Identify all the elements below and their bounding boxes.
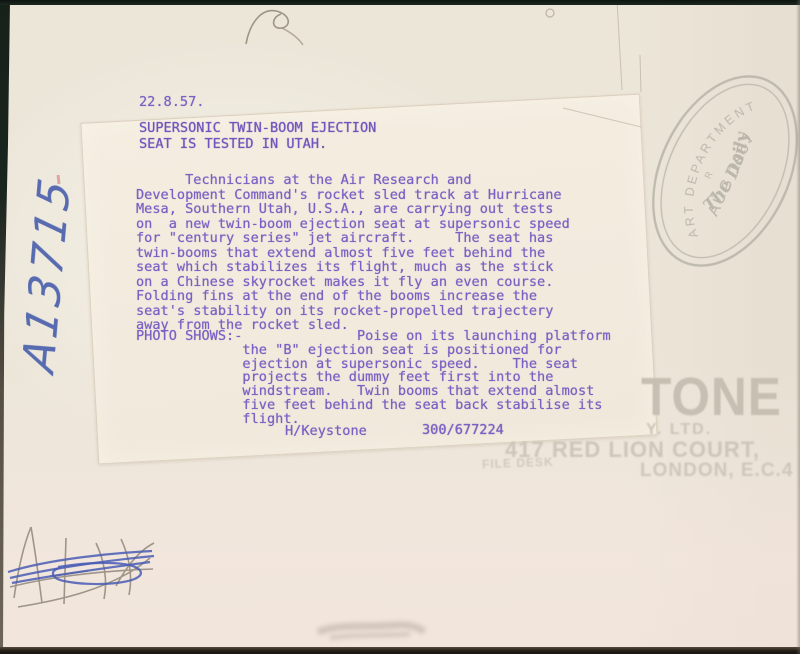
photo-edge-right (796, 0, 800, 654)
handwriting-overlay (0, 0, 800, 654)
photo-edge-top (0, 0, 800, 5)
pencil-circle-mark (546, 9, 554, 17)
pencil-squiggle (246, 11, 303, 45)
pink-edge-mark (57, 175, 61, 184)
paper-creases (563, 0, 641, 127)
pencil-scribble (10, 527, 154, 607)
photo-edge-bottom (0, 647, 800, 654)
bottom-smudge (318, 625, 424, 638)
pen-scribble (8, 551, 154, 584)
press-photo-back: { "caption": { "date": "22.8.57.", "titl… (0, 0, 800, 654)
